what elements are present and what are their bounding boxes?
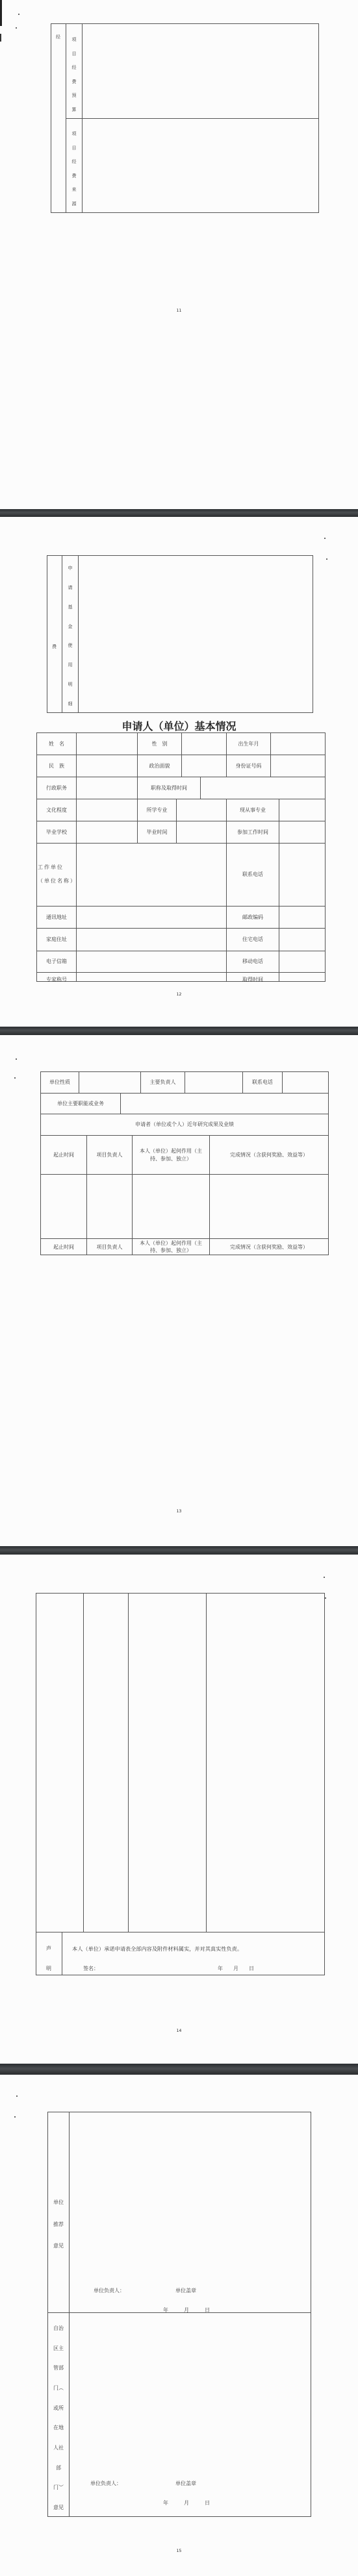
unit-opinion-field[interactable] xyxy=(70,2112,311,2281)
email-field[interactable] xyxy=(77,951,226,972)
binding-dot xyxy=(325,1597,326,1599)
fund-usage-field[interactable] xyxy=(79,556,313,712)
col-header-outcome-2: 完成情况（含获何奖励、效益等） xyxy=(210,1239,328,1255)
home-address-label: 家庭住址 xyxy=(37,929,76,951)
main-leader-label: 主要负责人 xyxy=(141,1072,185,1093)
col-header-role: 本人（单位）起何作用（主持、参加、独立） xyxy=(133,1136,209,1174)
page-14: 声 明 本人（单位）承诺申请表全部内容及附件材料属实，并对其真实性负责。 签名：… xyxy=(0,1555,358,2064)
email-label: 电子信箱 xyxy=(37,951,76,972)
page-12: 费 申 请 基 金 使 用 明 细 申请人（单位）基本情况 xyxy=(0,517,358,1027)
birth-field[interactable] xyxy=(271,733,325,755)
scan-edge xyxy=(0,0,2,26)
budget-field[interactable] xyxy=(83,24,318,118)
id-number-label: 身份证号码 xyxy=(227,755,270,777)
phone-field[interactable] xyxy=(279,844,325,906)
name-label: 姓 名 xyxy=(37,733,76,755)
page-15: 单位 推荐 意见 单位负责人： 单位盖章 年 月 日 自治 区主 管部 门︵ 或… xyxy=(0,2075,358,2576)
col-header-role-2: 本人（单位）起何作用（主持、参加、独立） xyxy=(133,1239,209,1255)
employer-field[interactable] xyxy=(77,844,226,906)
phone-label: 联系电话 xyxy=(227,844,279,906)
work-start-label: 参加工作时间 xyxy=(227,821,279,843)
main-function-label: 单位主要职能或业务 xyxy=(41,1094,120,1114)
admin-post-label: 行政职务 xyxy=(37,777,76,799)
contact-phone-field[interactable] xyxy=(283,1072,328,1093)
postcode-label: 邮政编码 xyxy=(227,907,279,928)
row-divider xyxy=(36,1932,325,1932)
binding-dot xyxy=(324,1577,325,1578)
major-label: 所学专业 xyxy=(138,799,176,821)
signature-field[interactable] xyxy=(97,1964,214,1973)
declaration-date: 年 月 日 xyxy=(218,1966,254,1971)
page-separator xyxy=(0,2064,358,2075)
page-11: 经 项 目 经 费 预 算 项 目 经 费 来 源 11 xyxy=(0,0,358,509)
birth-label: 出生年月 xyxy=(227,733,270,755)
achievement-role-field[interactable] xyxy=(133,1175,209,1238)
mobile-field[interactable] xyxy=(279,951,325,972)
grad-time-field[interactable] xyxy=(177,821,226,843)
achievement-outcome-field[interactable] xyxy=(207,1594,324,1932)
contact-phone-label: 联系电话 xyxy=(243,1072,282,1093)
address-label: 通讯地址 xyxy=(37,907,76,928)
expert-title-field[interactable] xyxy=(77,973,226,982)
mobile-label: 移动电话 xyxy=(227,951,279,972)
ethnicity-field[interactable] xyxy=(77,755,137,777)
col-header-outcome: 完成情况（含获何奖励、效益等） xyxy=(210,1136,328,1174)
declaration-label-1: 声 xyxy=(46,1946,51,1951)
gender-field[interactable] xyxy=(182,733,226,755)
grad-time-label: 毕业时间 xyxy=(138,821,176,843)
scan-edge xyxy=(0,34,1,42)
authority-leader-label: 单位负责人： xyxy=(90,2481,121,2486)
page-number: 13 xyxy=(0,1509,358,1514)
binding-dot xyxy=(324,538,326,539)
unit-date-label: 年 月 日 xyxy=(163,2308,210,2313)
current-major-label: 现从事专业 xyxy=(227,799,279,821)
authority-date-label: 年 月 日 xyxy=(163,2501,210,2506)
education-label: 文化程度 xyxy=(37,799,76,821)
title-time-label: 职称及取得时间 xyxy=(138,777,200,799)
school-label: 毕业学校 xyxy=(37,821,76,843)
col-header-period-2: 起止时间 xyxy=(41,1239,86,1255)
achievement-period-field[interactable] xyxy=(41,1175,86,1238)
col-header-period: 起止时间 xyxy=(41,1136,86,1174)
home-phone-field[interactable] xyxy=(279,929,325,951)
fund-usage-label: 申 请 基 金 使 用 明 细 xyxy=(66,566,75,707)
achievement-leader-field[interactable] xyxy=(87,1175,132,1238)
school-field[interactable] xyxy=(77,821,137,843)
political-field[interactable] xyxy=(182,755,226,777)
authority-opinion-field[interactable] xyxy=(70,2313,311,2475)
main-leader-field[interactable] xyxy=(185,1072,242,1093)
achievement-role-field[interactable] xyxy=(129,1594,206,1932)
signature-label: 签名： xyxy=(83,1966,99,1971)
unit-opinion-label: 单位 推荐 意见 xyxy=(51,2200,66,2249)
page-13: 单位性质 主要负责人 联系电话 单位主要职能或业务 申请者（单位或个人）近年研究… xyxy=(0,1035,358,1546)
col-divider xyxy=(62,1932,62,1975)
page-separator xyxy=(0,1027,358,1035)
obtained-time-label: 取得时间 xyxy=(227,973,279,982)
name-field[interactable] xyxy=(77,733,137,755)
page-number: 15 xyxy=(0,2549,358,2553)
authority-opinion-label: 自治 区主 管部 门︵ 或所 在地 人社 部 门︶ 意见 xyxy=(51,2326,66,2510)
page-number: 11 xyxy=(0,308,358,313)
current-major-field[interactable] xyxy=(279,799,325,821)
unit-nature-label: 单位性质 xyxy=(41,1072,79,1093)
funding-source-label: 项 目 经 费 来 源 xyxy=(70,132,79,206)
unit-nature-field[interactable] xyxy=(79,1072,140,1093)
page-number: 14 xyxy=(0,2029,358,2033)
col-header-leader-2: 项目负责人 xyxy=(87,1239,132,1255)
id-number-field[interactable] xyxy=(271,755,325,777)
declaration-text: 本人（单位）承诺申请表全部内容及附件材料属实，并对其真实性负责。 xyxy=(72,1946,242,1951)
section-label: 经 xyxy=(56,35,60,40)
achievement-leader-field[interactable] xyxy=(84,1594,128,1932)
binding-dot xyxy=(14,1077,16,1079)
education-field[interactable] xyxy=(77,799,137,821)
binding-dot xyxy=(18,14,19,15)
postcode-field[interactable] xyxy=(279,907,325,928)
page-separator xyxy=(0,1546,358,1555)
major-field[interactable] xyxy=(177,799,226,821)
achievements-header: 申请者（单位或个人）近年研究成果及业绩 xyxy=(41,1114,328,1135)
ethnicity-label: 民 族 xyxy=(37,755,76,777)
funding-source-field[interactable] xyxy=(83,119,318,212)
main-function-field[interactable] xyxy=(121,1094,328,1114)
page-number: 12 xyxy=(0,992,358,997)
binding-dot xyxy=(326,558,327,560)
col-header-leader: 项目负责人 xyxy=(87,1136,132,1174)
unit-leader-label: 单位负责人： xyxy=(94,2288,125,2294)
home-address-field[interactable] xyxy=(77,929,226,951)
expert-title-label: 专家称号 xyxy=(37,973,76,982)
budget-label: 项 目 经 费 预 算 xyxy=(70,38,79,112)
employer-label: 工作单位（单位名称） xyxy=(38,844,74,906)
section-title: 申请人（单位）基本情况 xyxy=(0,718,358,733)
page-separator xyxy=(0,509,358,517)
achievement-outcome-field[interactable] xyxy=(210,1175,328,1238)
binding-dot xyxy=(14,2116,16,2118)
political-label: 政治面貌 xyxy=(138,755,181,777)
col-divider xyxy=(62,555,62,713)
declaration-label-2: 明 xyxy=(46,1966,51,1971)
achievement-period-field[interactable] xyxy=(36,1594,83,1932)
section-label: 费 xyxy=(52,645,57,649)
binding-dot xyxy=(16,2095,18,2097)
binding-dot xyxy=(16,1058,17,1060)
title-time-field[interactable] xyxy=(201,777,325,799)
home-phone-label: 住宅电话 xyxy=(227,929,279,951)
work-start-field[interactable] xyxy=(279,821,325,843)
obtained-time-field[interactable] xyxy=(279,973,325,982)
admin-post-field[interactable] xyxy=(77,777,137,799)
gender-label: 性 别 xyxy=(138,733,181,755)
address-field[interactable] xyxy=(77,907,226,928)
authority-seal-label: 单位盖章 xyxy=(175,2481,196,2486)
unit-seal-label: 单位盖章 xyxy=(175,2288,196,2294)
binding-dot xyxy=(16,27,17,29)
